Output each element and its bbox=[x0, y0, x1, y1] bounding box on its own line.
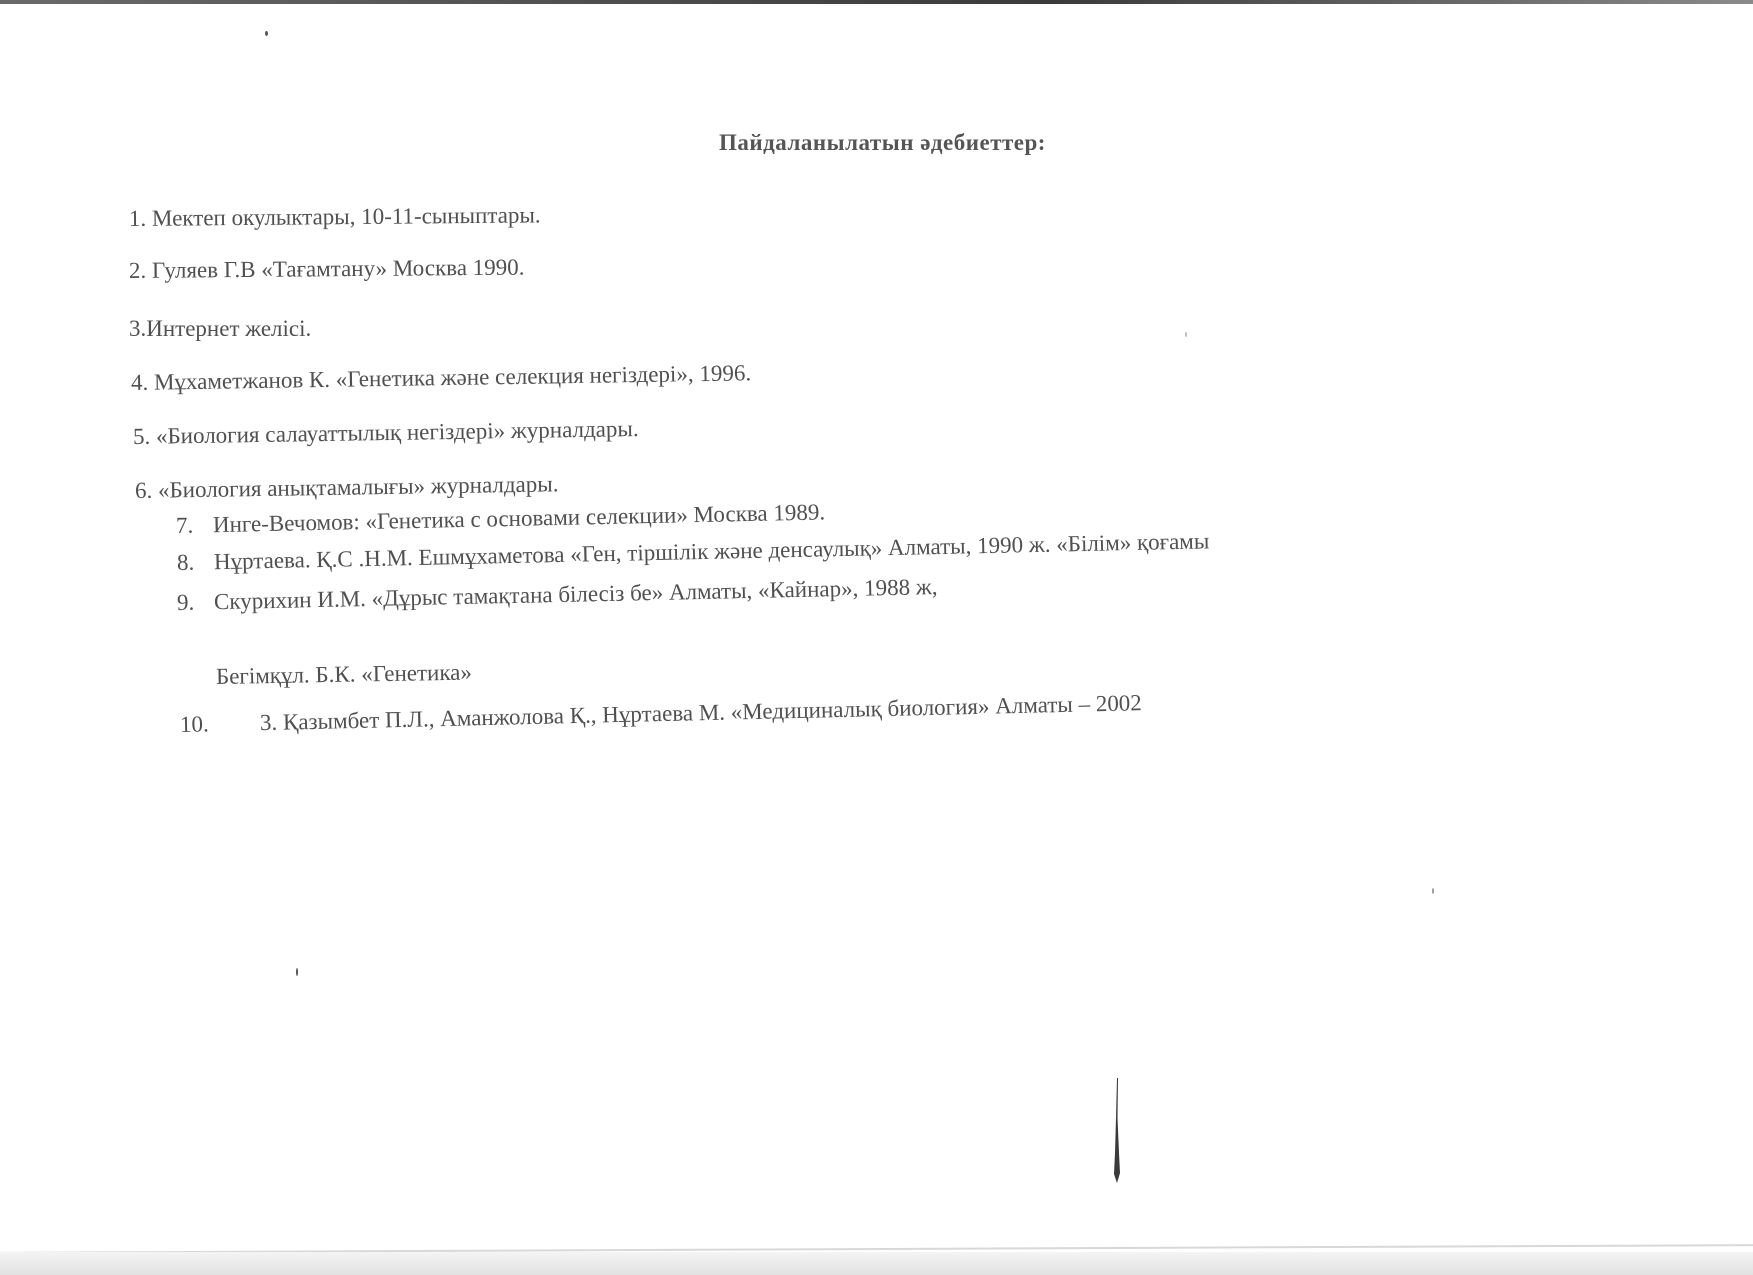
reference-number: 6. bbox=[135, 478, 153, 504]
scan-speck bbox=[296, 968, 298, 976]
reference-text: Мұхаметжанов К. «Генетика және селекция … bbox=[154, 360, 751, 394]
reference-number: 8. bbox=[177, 549, 215, 576]
reference-item: 9.Скурихин И.М. «Дұрыс тамақтана білесіз… bbox=[177, 574, 938, 616]
reference-number: 9. bbox=[177, 589, 215, 616]
reference-item: 3.Интернет желісі. bbox=[129, 316, 311, 342]
reference-item: 4. Мұхаметжанов К. «Генетика және селекц… bbox=[131, 360, 752, 396]
reference-item: 6. «Биология анықтамалығы» журналдары. bbox=[135, 471, 559, 504]
reference-text: «Биология салауаттылық негіздері» журнал… bbox=[156, 416, 639, 449]
reference-item: 1. Мектеп окулыктары, 10-11-сыныптары. bbox=[129, 202, 541, 232]
reference-text: Интернет желісі. bbox=[146, 316, 311, 341]
reference-text: Нұртаева. Қ.С .Н.М. Ешмұхаметова «Ген, т… bbox=[214, 528, 1210, 574]
reference-text: Скурихин И.М. «Дұрыс тамақтана білесіз б… bbox=[214, 574, 938, 614]
reference-item: Бегімқұл. Б.К. «Генетика» bbox=[216, 660, 472, 690]
reference-number: 5. bbox=[133, 424, 151, 450]
reference-text: Мектеп окулыктары, 10-11-сыныптары. bbox=[152, 202, 541, 230]
reference-item: 10.3. Қазымбет П.Л., Аманжолова Қ., Нұрт… bbox=[180, 690, 1142, 738]
scan-speck bbox=[265, 31, 268, 36]
ink-smudge-mark bbox=[1113, 1078, 1121, 1183]
reference-number: 2. bbox=[129, 258, 146, 284]
scan-border-bottom bbox=[0, 1252, 1753, 1275]
scan-speck bbox=[1185, 332, 1187, 337]
reference-number: 3. bbox=[129, 316, 146, 342]
reference-text: 3. Қазымбет П.Л., Аманжолова Қ., Нұртаев… bbox=[260, 690, 1142, 735]
reference-item: 5. «Биология салауаттылық негіздері» жур… bbox=[133, 416, 639, 450]
scan-speck bbox=[1432, 888, 1434, 894]
reference-text: «Биология анықтамалығы» журналдары. bbox=[158, 471, 559, 502]
reference-number: 7. bbox=[176, 512, 214, 539]
reference-item: 2. Гуляев Г.В «Тағамтану» Москва 1990. bbox=[129, 255, 525, 284]
scan-border-top bbox=[0, 0, 1753, 4]
reference-number: 4. bbox=[131, 370, 149, 396]
reference-text: Гуляев Г.В «Тағамтану» Москва 1990. bbox=[152, 255, 525, 283]
reference-number: 1. bbox=[129, 206, 146, 232]
reference-text: Инге-Вечомов: «Генетика с основами селек… bbox=[213, 499, 826, 537]
reference-number: 10. bbox=[180, 710, 261, 738]
page-title: Пайдаланылатын әдебиеттер: bbox=[0, 130, 1753, 156]
reference-text: Бегімқұл. Б.К. «Генетика» bbox=[216, 660, 472, 689]
reference-item: 7.Инге-Вечомов: «Генетика с основами сел… bbox=[176, 499, 826, 539]
